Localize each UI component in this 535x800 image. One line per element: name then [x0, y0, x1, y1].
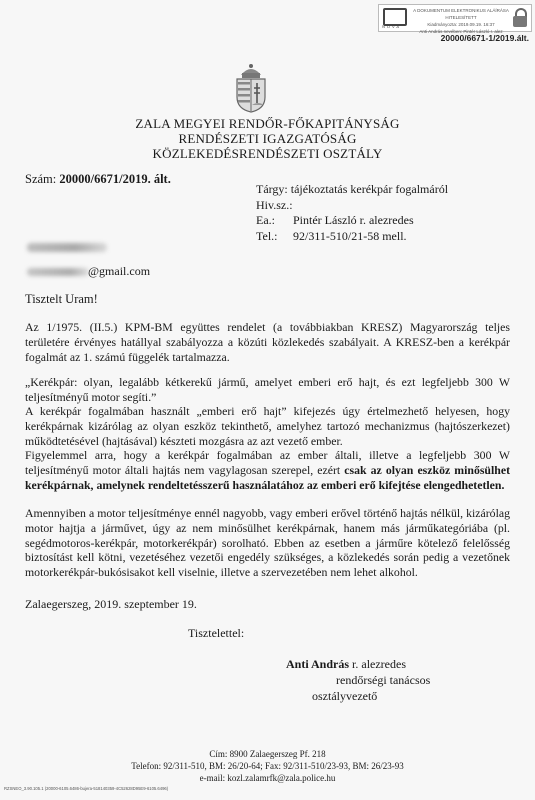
letter-date: Zalaegerszeg, 2019. szeptember 19.: [25, 597, 197, 612]
paragraph-2-quote: „Kerékpár: olyan, legalább kétkerekű jár…: [25, 375, 510, 405]
reference: Hiv.sz.:: [256, 198, 448, 214]
redacted-recipient-name: [27, 243, 107, 252]
hungarian-coat-of-arms-icon: [229, 63, 273, 113]
paragraph-5: Amennyiben a motor teljesítménye ennél n…: [25, 506, 510, 580]
paragraph-1: Az 1/1975. (II.5.) KPM-BM együttes rende…: [25, 320, 510, 364]
e-signature-stamp: NOVA A DOKUMENTUM ELEKTRONIKUS ALÁÍRÁSA …: [378, 4, 532, 32]
signature-block: Anti András r. alezredes rendőrségi taná…: [286, 656, 430, 704]
header-line-3: KÖZLEKEDÉSRENDÉSZETI OSZTÁLY: [0, 146, 535, 162]
paragraph-4: Figyelemmel arra, hogy a kerékpár fogalm…: [25, 448, 510, 492]
footer-email: e-mail: kozl.zalamrfk@zala.police.hu: [0, 772, 535, 784]
signatory-title: rendőrségi tanácsos: [286, 672, 430, 688]
header-line-2: RENDÉSZETI IGAZGATÓSÁG: [0, 131, 535, 147]
redacted-email-user: [27, 268, 89, 276]
stamp-text: A DOKUMENTUM ELEKTRONIKUS ALÁÍRÁSA HITEL…: [411, 7, 511, 35]
recipient-email: @gmail.com: [88, 264, 150, 279]
phone: Tel.: 92/311-510/21-58 mell.: [256, 229, 448, 245]
footer-phone: Telefon: 92/311-510, BM: 26/20-64; Fax: …: [0, 760, 535, 772]
case-number: Szám: 20000/6671/2019. ált.: [25, 172, 171, 187]
closing: Tisztelettel:: [188, 626, 244, 641]
signatory-name: Anti András: [286, 657, 349, 671]
subject: Tárgy: tájékoztatás kerékpár fogalmáról: [256, 182, 448, 198]
paragraph-3: A kerékpár fogalmában használt „emberi e…: [25, 404, 510, 448]
header-line-1: ZALA MEGYEI RENDŐR-FŐKAPITÁNYSÁG: [0, 116, 535, 132]
document-code: RZSNEO_3.90.105.1 (20000-6105.6486-bujer…: [4, 786, 168, 791]
salutation: Tisztelt Uram!: [25, 292, 98, 307]
signatory-position: osztályvezető: [286, 688, 430, 704]
reference-number: 20000/6671-1/2019.ált.: [441, 33, 529, 43]
padlock-check-icon: [513, 8, 527, 27]
stamp-brand: NOVA: [382, 24, 401, 29]
letter-meta: Tárgy: tájékoztatás kerékpár fogalmáról …: [256, 182, 448, 244]
handler: Ea.: Pintér László r. alezredes: [256, 213, 448, 229]
footer-address: Cím: 8900 Zalaegerszeg Pf. 218: [0, 748, 535, 760]
